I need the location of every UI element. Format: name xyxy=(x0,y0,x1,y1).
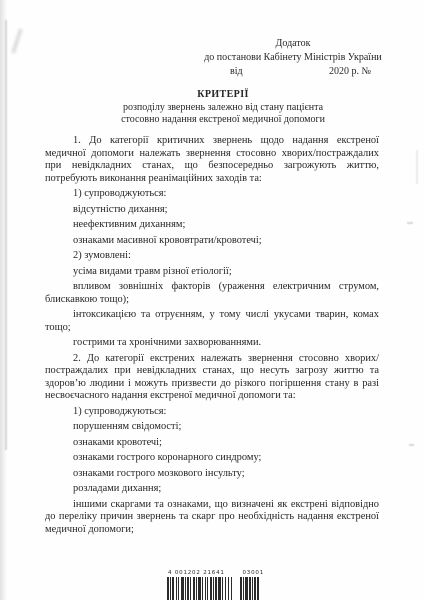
paragraph: відсутністю дихання; xyxy=(45,204,379,217)
paragraph: ознаками гострого мозкового інсульту; xyxy=(45,468,379,481)
barcode-bars xyxy=(167,577,265,600)
barcode-bars-main xyxy=(167,577,233,600)
paragraph: іншими скаргами та ознаками, що визначен… xyxy=(45,499,379,537)
paragraph: впливом зовнішніх факторів (ураження еле… xyxy=(45,281,379,306)
paragraph: інтоксикацією та отруєнням, у тому числі… xyxy=(45,309,379,334)
barcode-number-main: 4 001202 21641 xyxy=(168,570,225,576)
annex-block: Додаток до постанови Кабінету Міністрів … xyxy=(200,37,386,79)
scan-edge-line xyxy=(5,20,7,450)
paragraph: 2. До категорії екстрених належать зверн… xyxy=(45,353,379,403)
paragraph: порушенням свідомості; xyxy=(45,421,379,434)
paragraph: ознаками кровотечі; xyxy=(45,437,379,450)
scan-speck xyxy=(409,444,414,446)
document-body: 1. До категорії критичних звернень щодо … xyxy=(45,135,379,539)
document-subtitle-2: стосовно надання екстреної медичної допо… xyxy=(56,114,390,126)
barcode-bars-addon xyxy=(240,577,259,600)
paragraph: 1. До категорії критичних звернень щодо … xyxy=(45,135,379,185)
scan-speck xyxy=(407,222,413,224)
scan-speck xyxy=(416,150,418,184)
paragraph: 1) супроводжуються: xyxy=(45,406,379,419)
barcode-numbers: 4 001202 21641 03001 xyxy=(167,570,265,577)
barcode: 4 001202 21641 03001 xyxy=(167,570,265,600)
paragraph: ознаками гострого коронарного синдрому; xyxy=(45,452,379,465)
paragraph: гострими та хронічними захворюваннями. xyxy=(45,337,379,350)
title-block: КРИТЕРІЇ розподілу звернень залежно від … xyxy=(56,89,390,126)
annex-line-3: від 2020 р. № xyxy=(200,65,386,79)
paragraph: неефективним диханням; xyxy=(45,219,379,232)
paragraph: розладами дихання; xyxy=(45,483,379,496)
paragraph: усіма видами травм різної етіології; xyxy=(45,266,379,279)
annex-line-1: Додаток xyxy=(200,37,386,51)
paragraph: 1) супроводжуються: xyxy=(45,188,379,201)
annex-date-label: від xyxy=(230,65,243,79)
document-title: КРИТЕРІЇ xyxy=(56,89,390,101)
barcode-number-addon: 03001 xyxy=(243,570,265,576)
document-page: Додаток до постанови Кабінету Міністрів … xyxy=(0,0,424,600)
paragraph: ознаками масивної крововтрати/кровотечі; xyxy=(45,235,379,248)
document-subtitle-1: розподілу звернень залежно від стану пац… xyxy=(56,102,390,114)
scan-edge-shadow xyxy=(0,0,7,600)
annex-year-number: 2020 р. № xyxy=(329,65,371,79)
scan-smudge xyxy=(11,28,23,54)
paragraph: 2) зумовлені: xyxy=(45,250,379,263)
annex-line-2: до постанови Кабінету Міністрів України xyxy=(200,51,386,65)
